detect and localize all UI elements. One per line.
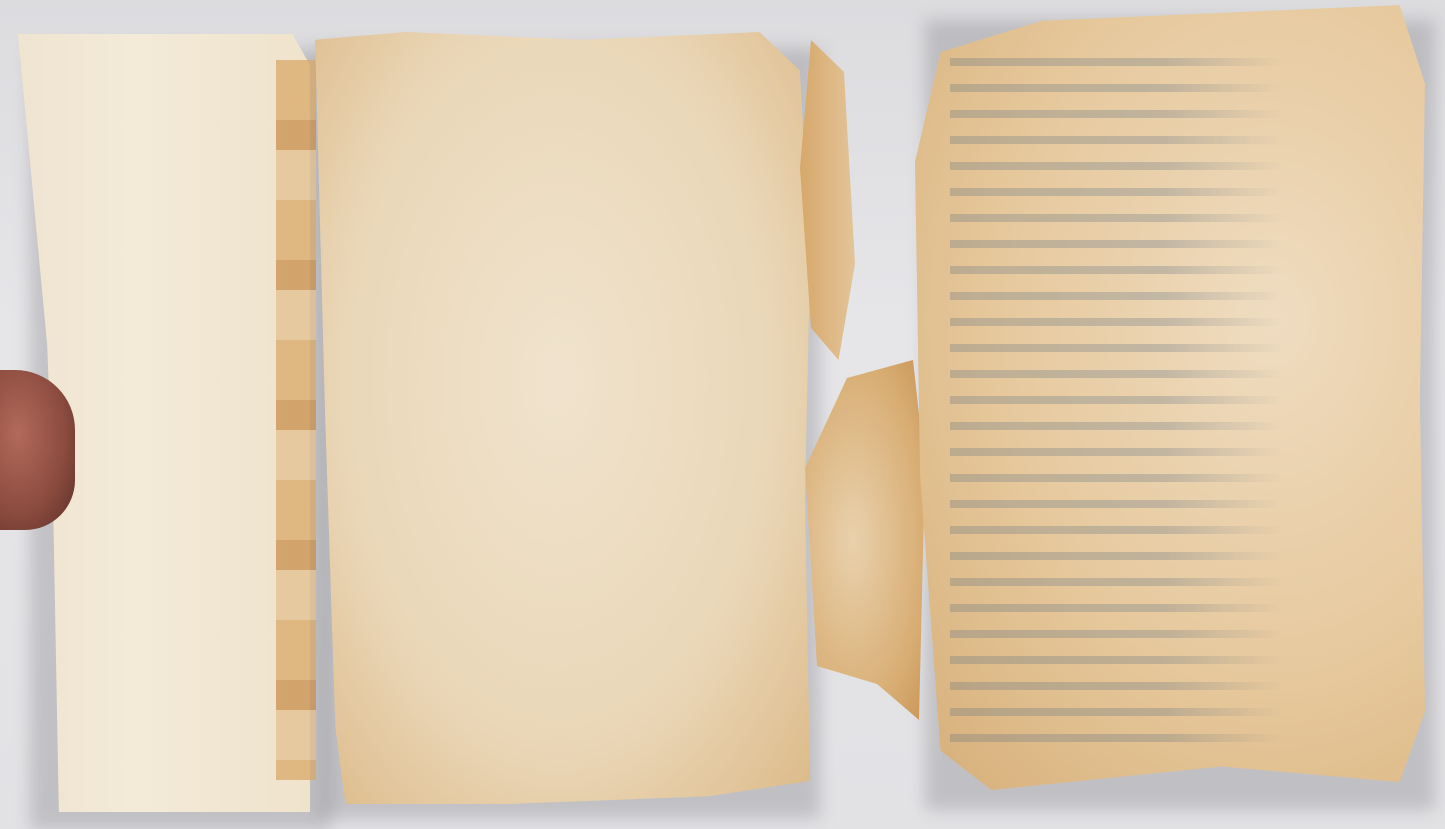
middle-blank-page <box>305 32 810 804</box>
torn-paper-fragment <box>805 360 925 720</box>
left-page-torn-binding-edge <box>276 60 316 780</box>
faded-handwriting-lines <box>950 40 1340 760</box>
photo-scene: Photograph of three aged, water-stained … <box>0 0 1445 829</box>
